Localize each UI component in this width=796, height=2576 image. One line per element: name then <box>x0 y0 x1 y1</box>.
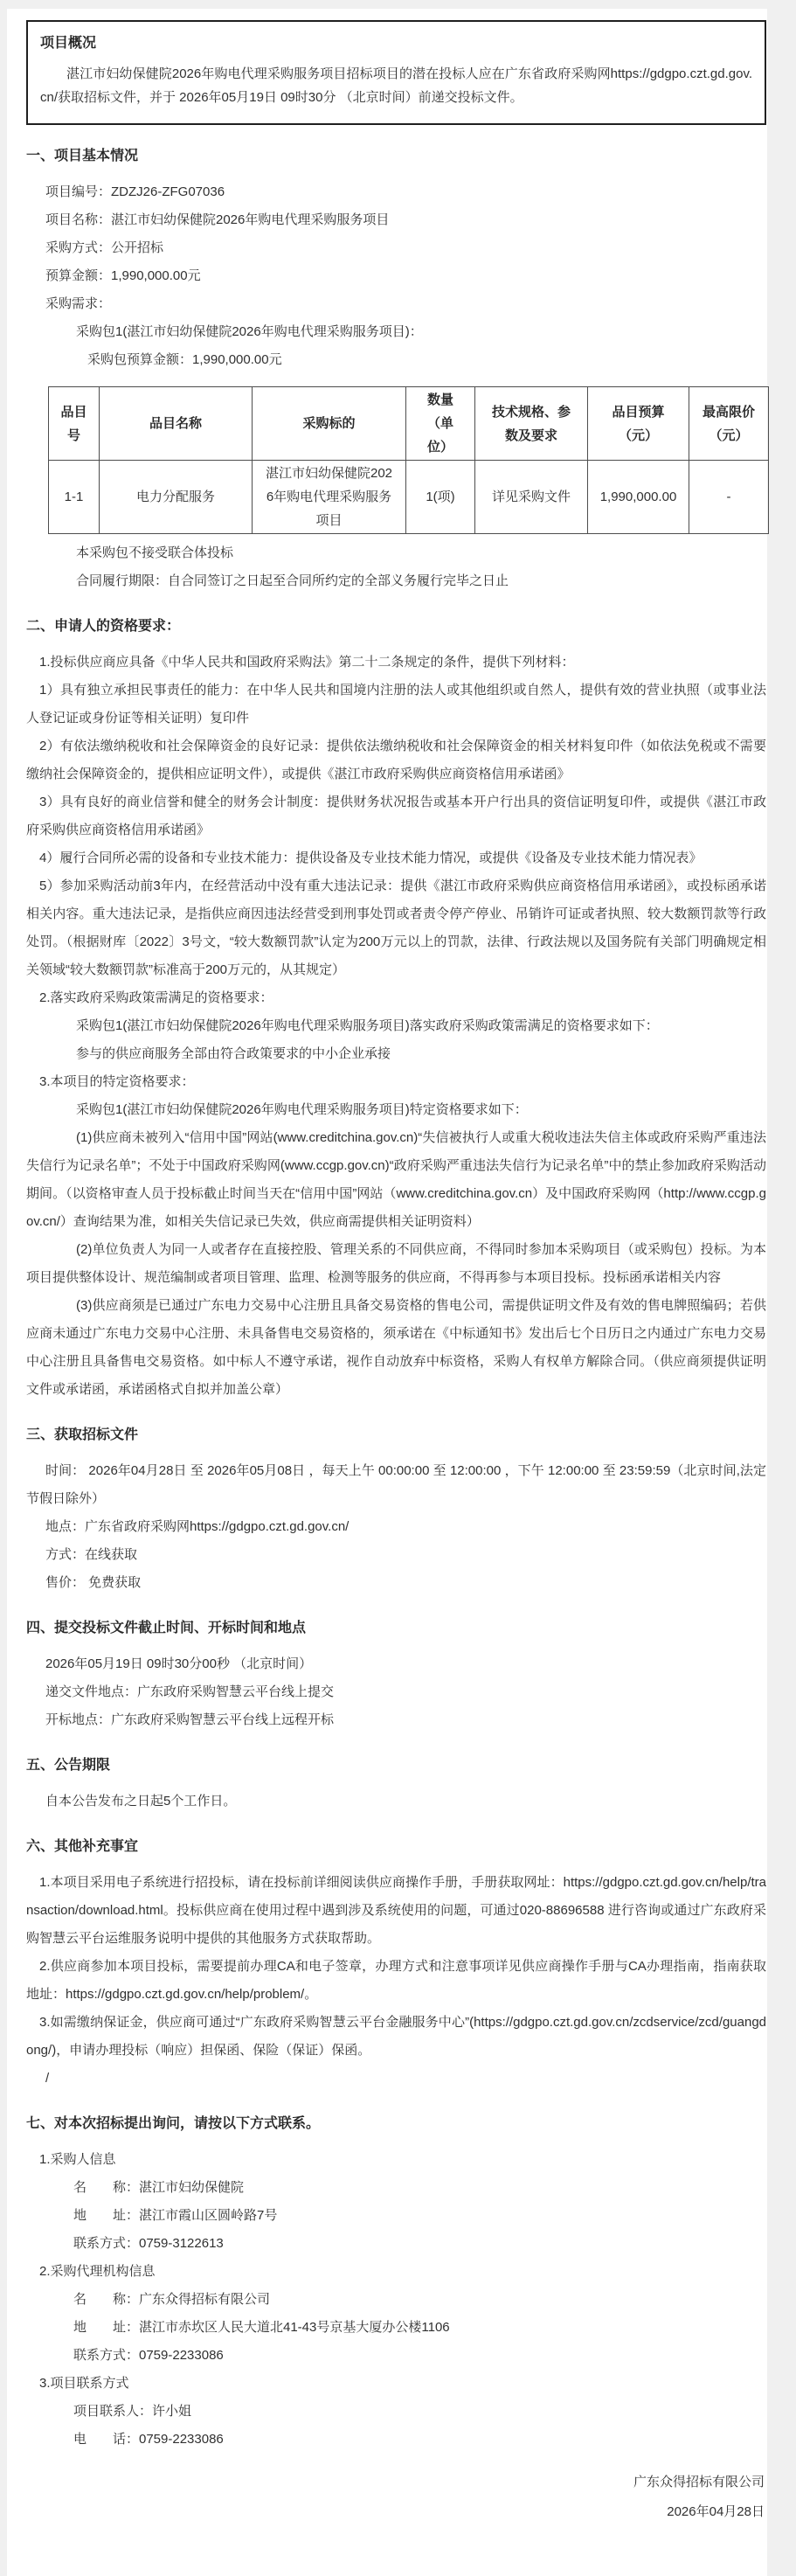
col-budget: 品目预算（元） <box>588 387 689 461</box>
doc-price-line: 售价： 免费获取 <box>26 1569 766 1597</box>
procurement-method-line: 采购方式：公开招标 <box>26 234 766 262</box>
project-overview-box: 项目概况 湛江市妇幼保健院2026年购电代理采购服务项目招标项目的潜在投标人应在… <box>26 20 766 125</box>
qualification-para: 2.落实政府采购政策需满足的资格要求： <box>26 984 766 1012</box>
qualification-para: 4）履行合同所必需的设备和专业技术能力：提供设备及专业技术能力情况，或提供《设备… <box>26 844 766 872</box>
cell-budget: 1,990,000.00 <box>588 461 689 534</box>
footer-date: 2026年04月28日 <box>26 2497 765 2527</box>
overview-text: 湛江市妇幼保健院2026年购电代理采购服务项目招标项目的潜在投标人应在广东省政府… <box>40 62 752 109</box>
qualification-para: 采购包1(湛江市妇幼保健院2026年购电代理采购服务项目)特定资格要求如下： <box>26 1096 766 1124</box>
budget-line: 预算金额：1,990,000.00元 <box>26 262 766 290</box>
package-budget-line: 采购包预算金额：1,990,000.00元 <box>26 346 766 374</box>
section-7-heading: 七、对本次招标提出询问，请按以下方式联系。 <box>26 2114 766 2135</box>
section-4-heading: 四、提交投标文件截止时间、开标时间和地点 <box>26 1618 766 1639</box>
doc-time-line: 时间： 2026年04月28日 至 2026年05月08日 ，每天上午 00:0… <box>26 1457 766 1513</box>
cell-quantity: 1(项) <box>406 461 475 534</box>
cell-price-cap: - <box>689 461 769 534</box>
demand-label: 采购需求： <box>26 290 766 318</box>
package-line: 采购包1(湛江市妇幼保健院2026年购电代理采购服务项目)： <box>26 318 766 346</box>
project-name-line: 项目名称：湛江市妇幼保健院2026年购电代理采购服务项目 <box>26 206 766 234</box>
bid-deadline-line: 2026年05月19日 09时30分00秒 （北京时间） <box>26 1650 766 1678</box>
qualification-para: 2）有依法缴纳税收和社会保障资金的良好记录：提供依法缴纳税收和社会保障资金的相关… <box>26 733 766 788</box>
agency-name-line: 名 称：广东众得招标有限公司 <box>26 2286 766 2314</box>
slash-line: / <box>26 2065 766 2093</box>
purchaser-info-label: 1.采购人信息 <box>26 2146 766 2174</box>
qualification-para: (1)供应商未被列入“信用中国”网站(www.creditchina.gov.c… <box>26 1124 766 1236</box>
overview-title: 项目概况 <box>40 32 752 55</box>
signature-block: 广东众得招标有限公司 2026年04月28日 <box>26 2468 766 2527</box>
qualification-para: 1）具有独立承担民事责任的能力：在中华人民共和国境内注册的法人或其他组织或自然人… <box>26 677 766 733</box>
project-contact-person-line: 项目联系人：许小姐 <box>26 2398 766 2426</box>
col-quantity: 数量（单位） <box>406 387 475 461</box>
purchaser-name-line: 名 称：湛江市妇幼保健院 <box>26 2174 766 2202</box>
cell-item-no: 1-1 <box>49 461 100 534</box>
doc-place-line: 地点：广东省政府采购网https://gdgpo.czt.gd.gov.cn/ <box>26 1513 766 1541</box>
col-specs: 技术规格、参数及要求 <box>475 387 588 461</box>
cell-specs: 详见采购文件 <box>475 461 588 534</box>
announcement-period-line: 自本公告发布之日起5个工作日。 <box>26 1788 766 1816</box>
project-contact-label: 3.项目联系方式 <box>26 2370 766 2398</box>
footer-company: 广东众得招标有限公司 <box>26 2468 765 2497</box>
section-1-heading: 一、项目基本情况 <box>26 146 766 167</box>
table-row: 1-1 电力分配服务 湛江市妇幼保健院2026年购电代理采购服务项目 1(项) … <box>49 461 769 534</box>
package-notes: 本采购包不接受联合体投标 合同履行期限：自合同签订之日起至合同所约定的全部义务履… <box>26 539 766 595</box>
items-table-header-row: 品目号 品目名称 采购标的 数量（单位） 技术规格、参数及要求 品目预算（元） … <box>49 387 769 461</box>
qualification-para: 参与的供应商服务全部由符合政策要求的中小企业承接 <box>26 1040 766 1068</box>
qualification-para: 1.投标供应商应具备《中华人民共和国政府采购法》第二十二条规定的条件，提供下列材… <box>26 649 766 677</box>
cell-subject: 湛江市妇幼保健院2026年购电代理采购服务项目 <box>253 461 406 534</box>
col-subject: 采购标的 <box>253 387 406 461</box>
section-2-heading: 二、申请人的资格要求： <box>26 616 766 637</box>
qualification-para: 5）参加采购活动前3年内，在经营活动中没有重大违法记录：提供《湛江市政府采购供应… <box>26 872 766 984</box>
doc-method-line: 方式：在线获取 <box>26 1541 766 1569</box>
qualification-para: 采购包1(湛江市妇幼保健院2026年购电代理采购服务项目)落实政府采购政策需满足… <box>26 1012 766 1040</box>
qualification-para: (3)供应商须是已通过广东电力交易中心注册且具备交易资格的售电公司，需提供证明文… <box>26 1292 766 1404</box>
cell-item-name: 电力分配服务 <box>100 461 253 534</box>
no-consortium-note: 本采购包不接受联合体投标 <box>26 539 766 567</box>
agency-tel-line: 联系方式：0759-2233086 <box>26 2342 766 2370</box>
section-5-heading: 五、公告期限 <box>26 1755 766 1776</box>
supplement-para: 1.本项目采用电子系统进行招投标，请在投标前详细阅读供应商操作手册，手册获取网址… <box>26 1869 766 1953</box>
purchaser-address-line: 地 址：湛江市霞山区圆岭路7号 <box>26 2202 766 2230</box>
agency-address-line: 地 址：湛江市赤坎区人民大道北41-43号京基大厦办公楼1106 <box>26 2314 766 2342</box>
announcement-page: 项目概况 湛江市妇幼保健院2026年购电代理采购服务项目招标项目的潜在投标人应在… <box>7 9 767 2576</box>
contract-term-note: 合同履行期限：自合同签订之日起至合同所约定的全部义务履行完毕之日止 <box>26 567 766 595</box>
purchaser-tel-line: 联系方式：0759-3122613 <box>26 2230 766 2258</box>
qualification-para: 3.本项目的特定资格要求： <box>26 1068 766 1096</box>
col-item-no: 品目号 <box>49 387 100 461</box>
qualification-para: 3）具有良好的商业信誉和健全的财务会计制度：提供财务状况报告或基本开户行出具的资… <box>26 788 766 844</box>
items-table: 品目号 品目名称 采购标的 数量（单位） 技术规格、参数及要求 品目预算（元） … <box>48 386 769 534</box>
project-contact-tel-line: 电 话：0759-2233086 <box>26 2426 766 2454</box>
agency-info-label: 2.采购代理机构信息 <box>26 2258 766 2286</box>
announcement-document: 项目概况 湛江市妇幼保健院2026年购电代理采购服务项目招标项目的潜在投标人应在… <box>26 20 766 2527</box>
bid-open-place-line: 开标地点：广东政府采购智慧云平台线上远程开标 <box>26 1706 766 1734</box>
submit-place-line: 递交文件地点：广东政府采购智慧云平台线上提交 <box>26 1678 766 1706</box>
col-price-cap: 最高限价（元） <box>689 387 769 461</box>
project-number-line: 项目编号：ZDZJ26-ZFG07036 <box>26 178 766 206</box>
section-6-heading: 六、其他补充事宜 <box>26 1837 766 1857</box>
supplement-para: 2.供应商参加本项目投标，需要提前办理CA和电子签章，办理方式和注意事项详见供应… <box>26 1953 766 2009</box>
col-item-name: 品目名称 <box>100 387 253 461</box>
supplement-para: 3.如需缴纳保证金，供应商可通过“广东政府采购智慧云平台金融服务中心”(http… <box>26 2009 766 2065</box>
qualification-para: (2)单位负责人为同一人或者存在直接控股、管理关系的不同供应商，不得同时参加本采… <box>26 1236 766 1292</box>
section-3-heading: 三、获取招标文件 <box>26 1425 766 1446</box>
